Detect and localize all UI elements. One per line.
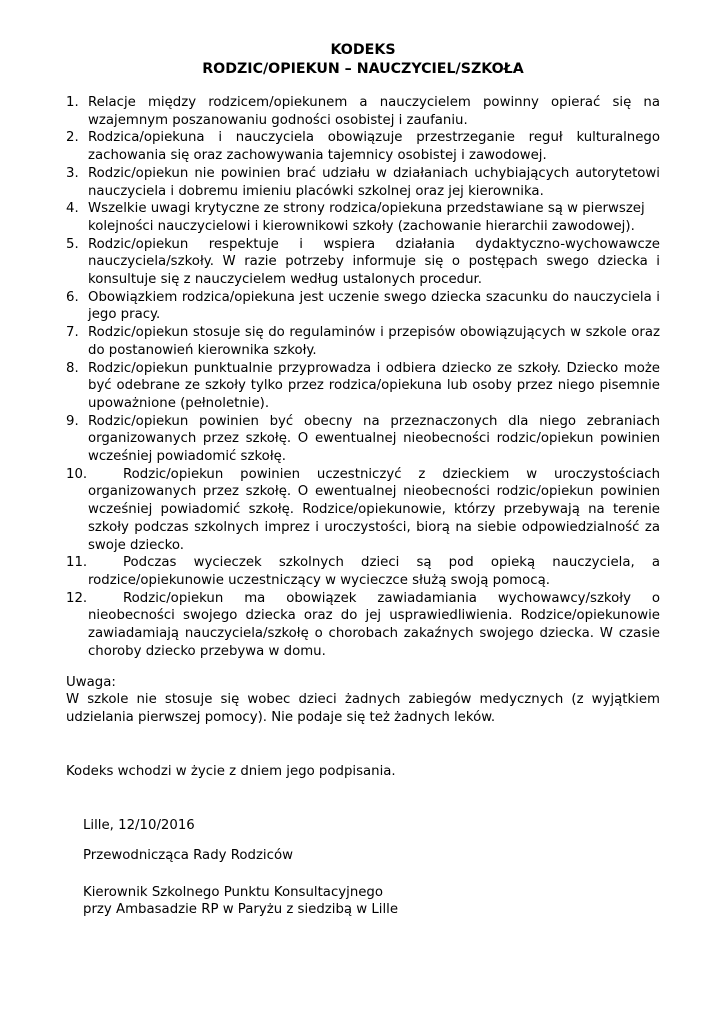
list-item: 12.Rodzic/opiekun ma obowiązek zawiadami… (66, 590, 660, 661)
list-item-number: 10. (66, 466, 123, 484)
list-item-text: Rodzic/opiekun powinien uczestniczyć z d… (88, 467, 660, 553)
note-block: Uwaga: W szkole nie stosuje się wobec dz… (66, 674, 660, 727)
list-item-text: Rodzic/opiekun punktualnie przyprowadza … (88, 361, 660, 411)
list-item-text: Rodzic/opiekun ma obowiązek zawiadamiani… (88, 591, 660, 659)
list-item: 2.Rodzica/opiekuna i nauczyciela obowiąz… (66, 129, 660, 164)
list-item-text: Rodzic/opiekun respektuje i wspiera dzia… (88, 237, 660, 287)
signature-org-line-1: Kierownik Szkolnego Punktu Konsultacyjne… (83, 884, 660, 902)
list-item: 5.Rodzic/opiekun respektuje i wspiera dz… (66, 236, 660, 289)
list-item: 7.Rodzic/opiekun stosuje się do regulami… (66, 324, 660, 359)
list-item: 4.Wszelkie uwagi krytyczne ze strony rod… (66, 200, 660, 235)
signature-place-date: Lille, 12/10/2016 (83, 817, 660, 835)
list-item-text: Rodzic/opiekun stosuje się do regulaminó… (88, 325, 660, 358)
list-item-text: Relacje między rodzicem/opiekunem a nauc… (88, 95, 660, 128)
signature-block: Lille, 12/10/2016 Przewodnicząca Rady Ro… (83, 817, 660, 919)
list-item-text: Rodzic/opiekun powinien być obecny na pr… (88, 414, 660, 464)
signature-organization: Kierownik Szkolnego Punktu Konsultacyjne… (83, 884, 660, 919)
closing-statement: Kodeks wchodzi w życie z dniem jego podp… (66, 763, 660, 781)
list-item: 1.Relacje między rodzicem/opiekunem a na… (66, 94, 660, 129)
list-item-number: 2. (66, 129, 88, 147)
note-label: Uwaga: (66, 674, 660, 692)
document-page: KODEKS RODZIC/OPIEKUN – NAUCZYCIEL/SZKOŁ… (0, 0, 725, 1024)
list-item: 10.Rodzic/opiekun powinien uczestniczyć … (66, 466, 660, 555)
list-item-text: Podczas wycieczek szkolnych dzieci są po… (88, 555, 660, 588)
list-item-text: Rodzic/opiekun nie powinien brać udziału… (88, 166, 660, 199)
code-rules-list: 1.Relacje między rodzicem/opiekunem a na… (66, 94, 660, 661)
list-item-text: Wszelkie uwagi krytyczne ze strony rodzi… (88, 201, 645, 234)
signature-org-line-2: przy Ambasadzie RP w Paryżu z siedzibą w… (83, 901, 660, 919)
list-item-number: 7. (66, 324, 88, 342)
list-item: 11.Podczas wycieczek szkolnych dzieci są… (66, 554, 660, 589)
list-item-number: 12. (66, 590, 123, 608)
list-item: 3.Rodzic/opiekun nie powinien brać udzia… (66, 165, 660, 200)
title-line-1: KODEKS (66, 41, 660, 60)
list-item: 6.Obowiązkiem rodzica/opiekuna jest ucze… (66, 289, 660, 324)
list-item-number: 3. (66, 165, 88, 183)
note-text: W szkole nie stosuje się wobec dzieci ża… (66, 691, 660, 726)
list-item-number: 1. (66, 94, 88, 112)
list-item: 8.Rodzic/opiekun punktualnie przyprowadz… (66, 360, 660, 413)
signature-role: Przewodnicząca Rady Rodziców (83, 847, 660, 865)
list-item-number: 6. (66, 289, 88, 307)
list-item-number: 11. (66, 554, 123, 572)
title-line-2: RODZIC/OPIEKUN – NAUCZYCIEL/SZKOŁA (66, 60, 660, 79)
list-item-number: 8. (66, 360, 88, 378)
list-item-text: Rodzica/opiekuna i nauczyciela obowiązuj… (88, 130, 660, 163)
list-item-text: Obowiązkiem rodzica/opiekuna jest uczeni… (88, 290, 660, 323)
list-item: 9.Rodzic/opiekun powinien być obecny na … (66, 413, 660, 466)
document-title: KODEKS RODZIC/OPIEKUN – NAUCZYCIEL/SZKOŁ… (66, 41, 660, 78)
list-item-number: 9. (66, 413, 88, 431)
list-item-number: 4. (66, 200, 88, 218)
list-item-number: 5. (66, 236, 88, 254)
